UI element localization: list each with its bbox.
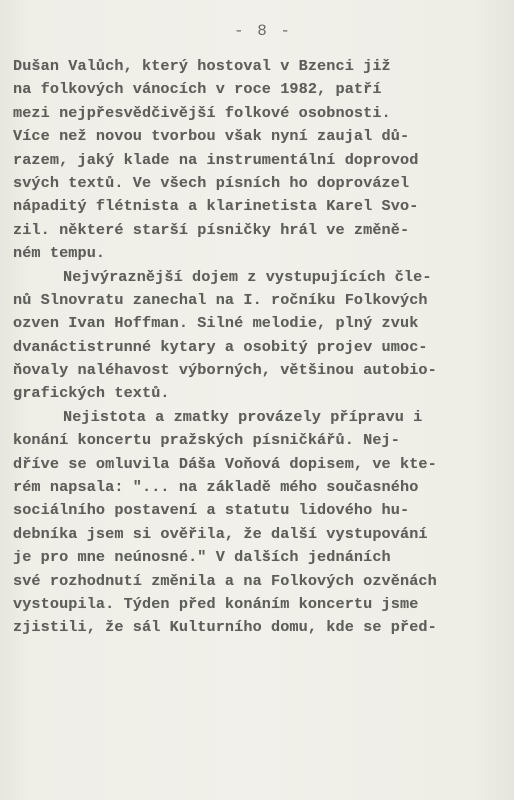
text-line: Dušan Valůch, který hostoval v Bzenci ji… — [13, 55, 513, 78]
text-line: Nejistota a zmatky provázely přípravu i — [13, 406, 513, 429]
text-line: Více než novou tvorbou však nyní zaujal … — [13, 125, 513, 148]
text-line: dvanáctistrunné kytary a osobitý projev … — [13, 336, 513, 359]
text-line: konání koncertu pražských písničkářů. Ne… — [13, 429, 513, 452]
text-line: nápaditý flétnista a klarinetista Karel … — [13, 195, 513, 218]
text-line: rém napsala: "... na základě mého součas… — [13, 476, 513, 499]
text-line: zil. některé starší písničky hrál ve změ… — [13, 219, 513, 242]
text-line: debníka jsem si ověřila, že další vystup… — [13, 523, 513, 546]
text-line: na folkových vánocích v roce 1982, patří — [13, 78, 513, 101]
text-line: ném tempu. — [13, 242, 513, 265]
body-text: Dušan Valůch, který hostoval v Bzenci ji… — [13, 55, 513, 640]
text-line: razem, jaký klade na instrumentální dopr… — [13, 149, 513, 172]
text-line: je pro mne neúnosné." V dalších jednáníc… — [13, 546, 513, 569]
text-line: sociálního postavení a statutu lidového … — [13, 499, 513, 522]
text-line: ňovaly naléhavost výborných, většinou au… — [13, 359, 513, 382]
text-line: vystoupila. Týden před konáním koncertu … — [13, 593, 513, 616]
text-line: svých textů. Ve všech písních ho doprová… — [13, 172, 513, 195]
text-line: grafických textů. — [13, 382, 513, 405]
text-line: nů Slnovratu zanechal na I. ročníku Folk… — [13, 289, 513, 312]
typewritten-page: - 8 - Dušan Valůch, který hostoval v Bze… — [0, 0, 514, 800]
text-line: mezi nejpřesvědčivější folkové osobnosti… — [13, 102, 513, 125]
text-line: dříve se omluvila Dáša Voňová dopisem, v… — [13, 453, 513, 476]
text-line: své rozhodnutí změnila a na Folkových oz… — [13, 570, 513, 593]
page-number: - 8 - — [0, 22, 514, 40]
text-line: Nejvýraznější dojem z vystupujících čle- — [13, 266, 513, 289]
text-line: ozven Ivan Hoffman. Silné melodie, plný … — [13, 312, 513, 335]
text-line: zjistili, že sál Kulturního domu, kde se… — [13, 616, 513, 639]
